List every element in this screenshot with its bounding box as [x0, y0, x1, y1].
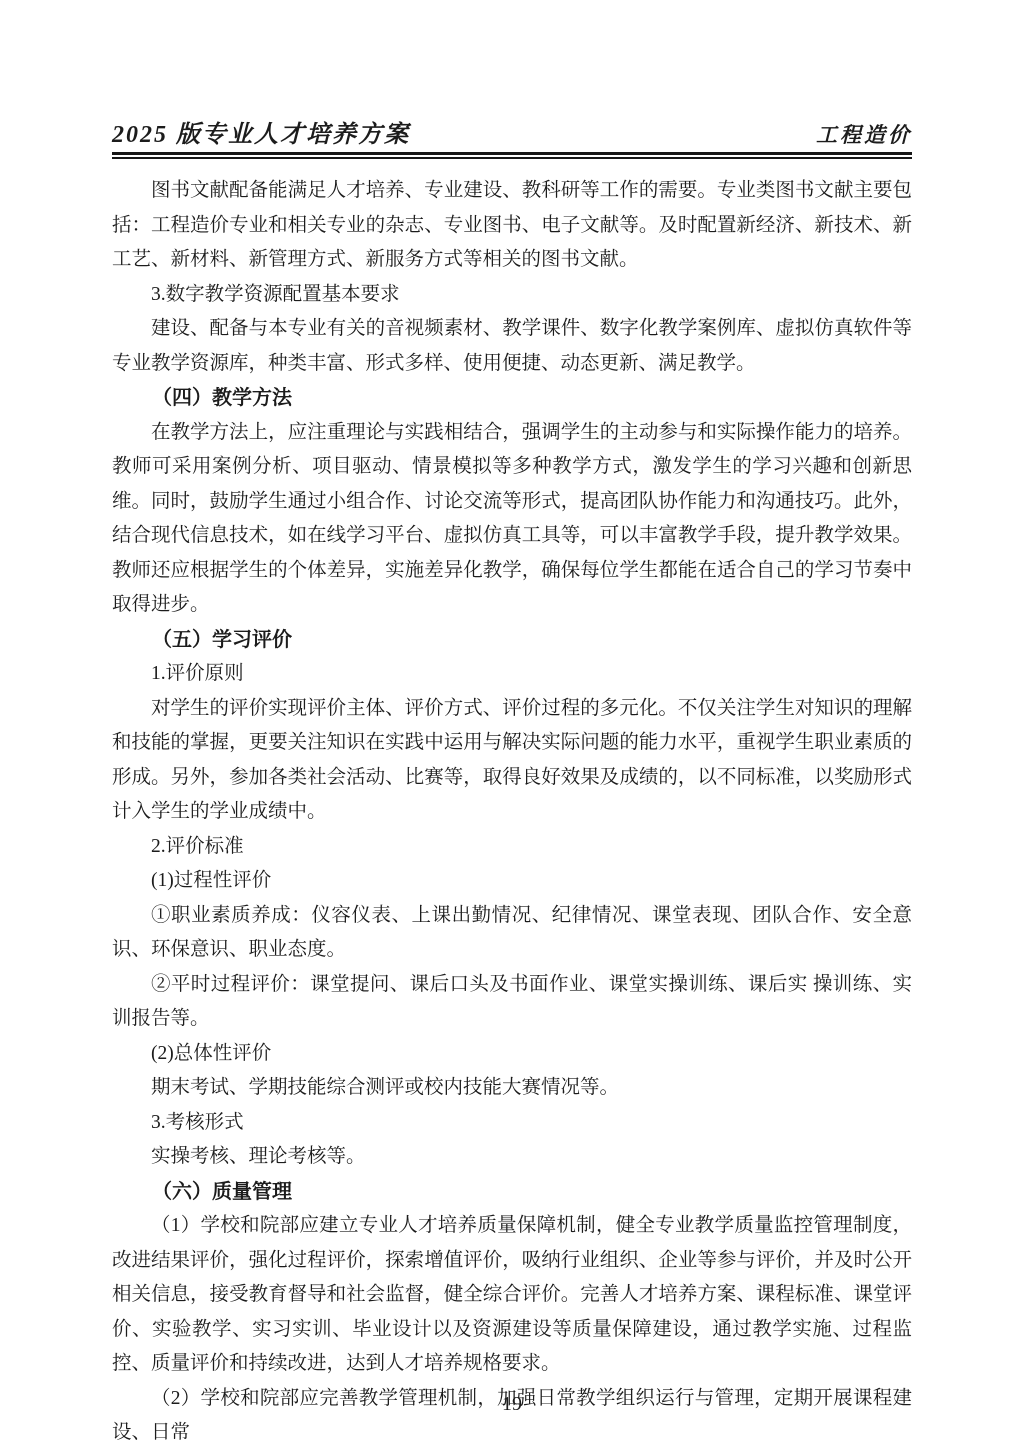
paragraph: 图书文献配备能满足人才培养、专业建设、教科研等工作的需要。专业类图书文献主要包括…: [112, 174, 912, 278]
page-header: 2025 版专业人才培养方案 工程造价: [112, 114, 912, 159]
paragraph: 3.数字教学资源配置基本要求: [112, 278, 912, 313]
header-left-title: 2025 版专业人才培养方案: [112, 114, 410, 149]
document-body: 图书文献配备能满足人才培养、专业建设、教科研等工作的需要。专业类图书文献主要包括…: [112, 174, 912, 1448]
paragraph: 1.评价原则: [112, 657, 912, 692]
section-heading: （五）学习评价: [112, 623, 912, 658]
paragraph: (2)总体性评价: [112, 1037, 912, 1072]
paragraph: 3.考核形式: [112, 1106, 912, 1141]
section-heading: （四）教学方法: [112, 381, 912, 416]
paragraph: 期末考试、学期技能综合测评或校内技能大赛情况等。: [112, 1071, 912, 1106]
paragraph: 2.评价标准: [112, 830, 912, 865]
paragraph: 建设、配备与本专业有关的音视频素材、教学课件、数字化教学案例库、虚拟仿真软件等专…: [112, 312, 912, 381]
paragraph: 在教学方法上，应注重理论与实践相结合，强调学生的主动参与和实际操作能力的培养。教…: [112, 416, 912, 623]
header-double-rule: [112, 152, 912, 159]
paragraph: 对学生的评价实现评价主体、评价方式、评价过程的多元化。不仅关注学生对知识的理解和…: [112, 692, 912, 830]
header-row: 2025 版专业人才培养方案 工程造价: [112, 114, 912, 149]
page-footer: 19: [0, 1393, 1024, 1416]
header-right-title: 工程造价: [816, 119, 912, 149]
paragraph: （1）学校和院部应建立专业人才培养质量保障机制，健全专业教学质量监控管理制度，改…: [112, 1209, 912, 1382]
section-heading: （六）质量管理: [112, 1175, 912, 1210]
page-number: 19: [502, 1393, 522, 1415]
paragraph: ①职业素质养成：仪容仪表、上课出勤情况、纪律情况、课堂表现、团队合作、安全意识、…: [112, 899, 912, 968]
paragraph: 实操考核、理论考核等。: [112, 1140, 912, 1175]
paragraph: (1)过程性评价: [112, 864, 912, 899]
paragraph: ②平时过程评价：课堂提问、课后口头及书面作业、课堂实操训练、课后实 操训练、实训…: [112, 968, 912, 1037]
